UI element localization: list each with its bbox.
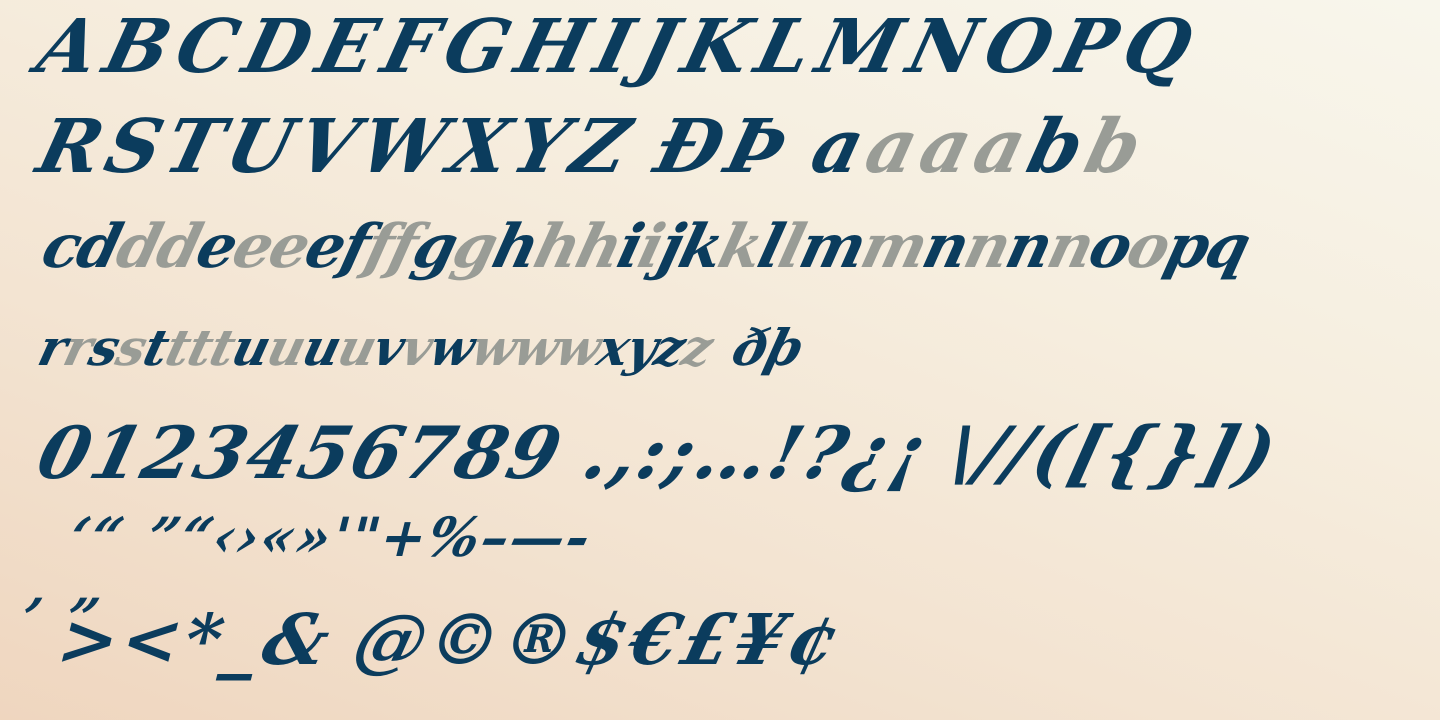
glyph-row-lowercase-c-q: cdddeeeefffgghhhiijkkllmmnnnnoopq	[35, 212, 1255, 282]
glyph-row-uppercase-a-q: ABCDEFGHIJKLMNOPQ	[29, 4, 1209, 90]
glyph-row-uppercase-r-z: RSTUVWXYZÐÞaaaabb	[29, 104, 1156, 190]
glyph-row-lowercase-r-z: rrssttttuuuuvvwwwwxyzzðþ	[33, 318, 809, 377]
glyph-row-math-currency: ><*_&@©®$€£¥¢	[50, 598, 852, 681]
glyph: ‚	[22, 555, 59, 619]
glyph-row-figures-punctuation: 0123456789.,:;…!?¿¡\//([{}])	[29, 410, 1286, 495]
glyph-row-quotes-symbols: ‘“”“‹›«»'"+%–—-	[62, 505, 599, 569]
